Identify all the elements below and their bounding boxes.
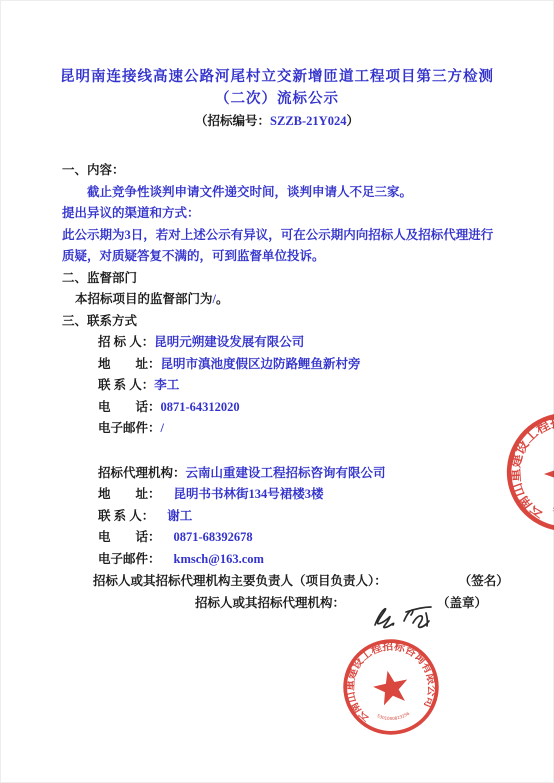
agency-phone-value: 0871-68392678 — [161, 530, 253, 544]
signature-line-label: 招标人或其招标代理机构主要负责人（项目负责人）： — [93, 574, 387, 588]
agency-phone-row: 电 话：0871-68392678 — [0, 527, 554, 549]
tender-number-suffix: ） — [346, 114, 359, 128]
agency-name-label: 招标代理机构： — [98, 466, 186, 480]
tenderer-email-value: / — [161, 421, 164, 435]
tenderer-address-label: 地 址： — [98, 357, 161, 371]
seal-serial-text: 5301000823256 — [375, 707, 411, 725]
tenderer-email-label: 电子邮件： — [98, 421, 161, 435]
tender-number-prefix: （招标编号： — [195, 114, 270, 128]
signature-line: 招标人或其招标代理机构主要负责人（项目负责人）：（签名） — [0, 570, 554, 592]
signature-line-suffix: （签名） — [459, 574, 509, 588]
agency-contact-value: 谢工 — [154, 509, 192, 523]
star-icon — [370, 667, 411, 707]
tenderer-phone-row: 电 话：0871-64312020 — [0, 397, 554, 419]
announcement-page: 昆明南连接线高速公路河尾村立交新增匝道工程项目第三方检测（二次）流标公示 （招标… — [0, 0, 554, 783]
tender-number-line: （招标编号：SZZB-21Y024） — [0, 110, 554, 132]
agency-name-value: 云南山重建设工程招标咨询有限公司 — [186, 466, 386, 480]
agency-email-row: 电子邮件：kmsch@163.com — [0, 549, 554, 571]
section1-line2: 提出异议的渠道和方式： — [0, 203, 554, 225]
agency-contact-block: 招标代理机构：云南山重建设工程招标咨询有限公司 地 址：昆明书书林街134号裙楼… — [0, 463, 554, 571]
tenderer-contact-row: 联 系 人：李工 — [0, 375, 554, 397]
supervise-prefix: 本招标项目的监督部门为 — [75, 292, 213, 306]
tenderer-contact-label: 联 系 人： — [98, 378, 154, 392]
section1-line3: 此公示期为3日，若对上述公示有异议，可在公示期内向招标人及招标代理进行 — [0, 225, 554, 247]
tenderer-contact-block: 招 标 人：昆明元朔建设发展有限公司 地 址：昆明市滇池度假区边防路鲤鱼新村旁 … — [0, 332, 554, 440]
agency-email-value: kmsch@163.com — [161, 552, 264, 566]
supervise-suffix: 。 — [216, 292, 229, 306]
tenderer-phone-label: 电 话： — [98, 400, 161, 414]
page-title: 昆明南连接线高速公路河尾村立交新增匝道工程项目第三方检测（二次）流标公示 — [0, 0, 554, 110]
seal-line-suffix: （盖章） — [437, 596, 487, 610]
agency-contact-label: 联 系 人： — [98, 509, 154, 523]
seal-line-label: 招标人或其招标代理机构： — [195, 596, 345, 610]
tenderer-phone-value: 0871-64312020 — [161, 400, 240, 414]
agency-phone-label: 电 话： — [98, 530, 161, 544]
tenderer-name-row: 招 标 人：昆明元朔建设发展有限公司 — [0, 332, 554, 354]
tenderer-name-value: 昆明元朔建设发展有限公司 — [154, 335, 304, 349]
section2-line: 本招标项目的监督部门为/。 — [0, 289, 554, 311]
section1-line1: 截止竞争性谈判申请文件递交时间，谈判申请人不足三家。 — [0, 182, 554, 204]
seal-line: 招标人或其招标代理机构：（盖章） — [0, 592, 554, 614]
section2-heading: 二、监督部门 — [0, 268, 554, 290]
tenderer-address-value: 昆明市滇池度假区边防路鲤鱼新村旁 — [161, 357, 361, 371]
document-body: 一、内容： 截止竞争性谈判申请文件递交时间，谈判申请人不足三家。 提出异议的渠道… — [0, 160, 554, 614]
tenderer-address-row: 地 址：昆明市滇池度假区边防路鲤鱼新村旁 — [0, 354, 554, 376]
agency-address-label: 地 址： — [98, 487, 161, 501]
tender-number: SZZB-21Y024 — [270, 114, 346, 128]
agency-name-row: 招标代理机构：云南山重建设工程招标咨询有限公司 — [0, 463, 554, 485]
star-icon — [539, 446, 554, 498]
tenderer-email-row: 电子邮件：/ — [0, 418, 554, 440]
tenderer-name-label: 招 标 人： — [98, 335, 154, 349]
section1-line4: 质疑，对质疑答复不满的，可到监督单位投诉。 — [0, 246, 554, 268]
agency-email-label: 电子邮件： — [98, 552, 161, 566]
svg-text:5301000823256: 5301000823256 — [550, 495, 554, 521]
section3-heading: 三、联系方式 — [0, 311, 554, 333]
tenderer-contact-value: 李工 — [154, 378, 179, 392]
company-seal: 云南山重建设工程招标咨询有限公司 5301000823256 — [332, 628, 451, 747]
agency-address-row: 地 址：昆明书书林街134号裙楼3楼 — [0, 484, 554, 506]
seal-serial-text: 5301000823256 — [550, 495, 554, 521]
section1-heading: 一、内容： — [0, 160, 554, 182]
agency-contact-row: 联 系 人：谢工 — [0, 506, 554, 528]
agency-address-value: 昆明书书林街134号裙楼3楼 — [161, 487, 324, 501]
svg-text:5301000823256: 5301000823256 — [375, 707, 411, 725]
